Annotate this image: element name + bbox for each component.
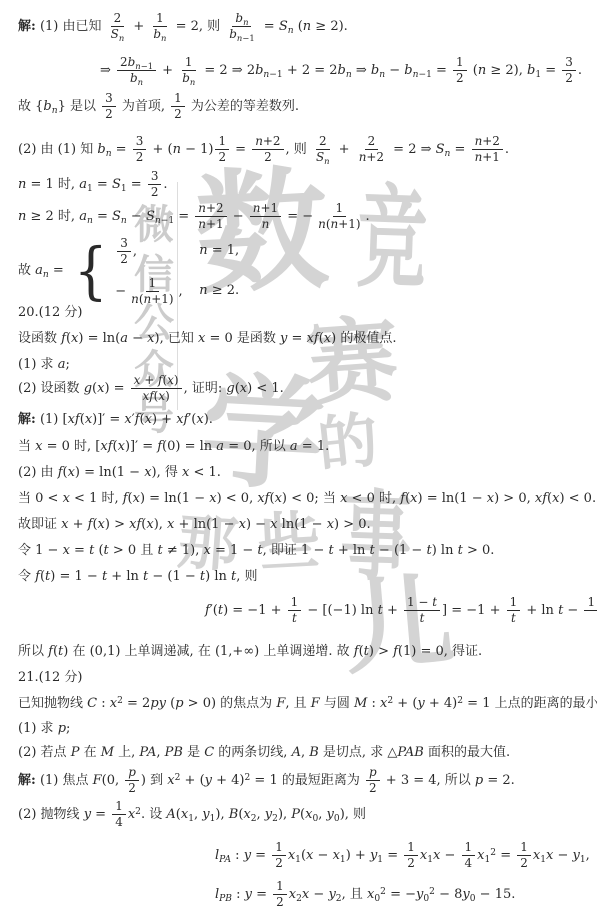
sol21-line3: lPA : y = 12x1(x − x1) + y1 = 12x1x − 14…: [215, 840, 590, 871]
sol19-cases: 故 an ={32,n = 1,−1n(n+1),n ≥ 2.: [18, 236, 239, 307]
document-page: 微信公众号数竞赛学的那些事儿 解: (1) 由已知 2Sn + 1bn = 2,…: [0, 0, 597, 910]
sol21-line1: 解: (1) 焦点 F(0, p2) 到 x2 + (y + 4)2 = 1 的…: [18, 765, 515, 796]
q20-part2: (2) 设函数 g(x) = x + f(x)xf(x), 证明: g(x) <…: [18, 373, 284, 404]
sol20-line3: (2) 由 f(x) = ln(1 − x), 得 x < 1.: [18, 465, 221, 481]
sol20-line6: 令 1 − x = t (t > 0 且 t ≠ 1), x = 1 − t, …: [18, 543, 494, 559]
sol19-line1: 解: (1) 由已知 2Sn + 1bn = 2, 则 bnbn−1 = Sn …: [18, 11, 348, 42]
sol20-line1: 解: (1) [xf(x)]′ = x′f(x) + xf′(x).: [18, 412, 213, 428]
q21-part1: (1) 求 p;: [18, 721, 70, 737]
q21-part2: (2) 若点 P 在 M 上, PA, PB 是 C 的两条切线, A, B 是…: [18, 745, 510, 761]
cases-row: −1n(n+1),n ≥ 2.: [115, 276, 239, 307]
cases-brace-glyph: {: [74, 242, 108, 301]
sol19-line4: (2) 由 (1) 知 bn = 32 + (n − 1)12 = n+22, …: [18, 134, 509, 165]
sol19-line6: n ≥ 2 时, an = Sn − Sn−1 = n+2n+1 − n+1n …: [18, 201, 370, 232]
watermark-char: 竞: [355, 182, 428, 296]
watermark-char: 赛: [303, 313, 401, 411]
q20-stem: 设函数 f(x) = ln(a − x), 已知 x = 0 是函数 y = x…: [18, 331, 396, 347]
sol19-line2: ⇒ 2bn−1bn + 1bn = 2 ⇒ 2bn−1 + 2 = 2bn ⇒ …: [100, 55, 582, 86]
cases-prefix: 故 an =: [18, 263, 64, 279]
cases-row: 32,n = 1,: [115, 236, 239, 267]
sol20-line7: 令 f(t) = 1 − t + ln t − (1 − t) ln t, 则: [18, 569, 258, 585]
sol21-line2: (2) 抛物线 y = 14x2. 设 A(x1, y1), B(x2, y2)…: [18, 799, 366, 830]
sol20-line5: 故即证 x + f(x) > xf(x), x + ln(1 − x) − x …: [18, 517, 371, 533]
q21-stem: 已知抛物线 C : x2 = 2py (p > 0) 的焦点为 F, 且 F 与…: [18, 696, 597, 712]
sol20-line8: f′(t) = −1 + 1t − [(−1) ln t + 1 − tt] =…: [205, 595, 597, 626]
sol20-line4: 当 0 < x < 1 时, f(x) = ln(1 − x) < 0, xf(…: [18, 491, 596, 507]
sol19-line5: n = 1 时, a1 = S1 = 32.: [18, 169, 168, 200]
sol21-line4: lPB : y = 12x2x − y2, 且 x02 = −y02 − 8y0…: [215, 879, 515, 910]
q21-number: 21.(12 分): [18, 670, 83, 686]
sol20-line9: 所以 f(t) 在 (0,1) 上单调递减, 在 (1,+∞) 上单调递增. 故…: [18, 644, 482, 660]
sol20-line2: 当 x = 0 时, [xf(x)]′ = f(0) = ln a = 0, 所…: [18, 439, 329, 455]
q20-number: 20.(12 分): [18, 305, 83, 321]
q20-part1: (1) 求 a;: [18, 357, 70, 373]
sol19-line3: 故 {bn} 是以 32 为首项, 12 为公差的等差数列.: [18, 91, 299, 122]
